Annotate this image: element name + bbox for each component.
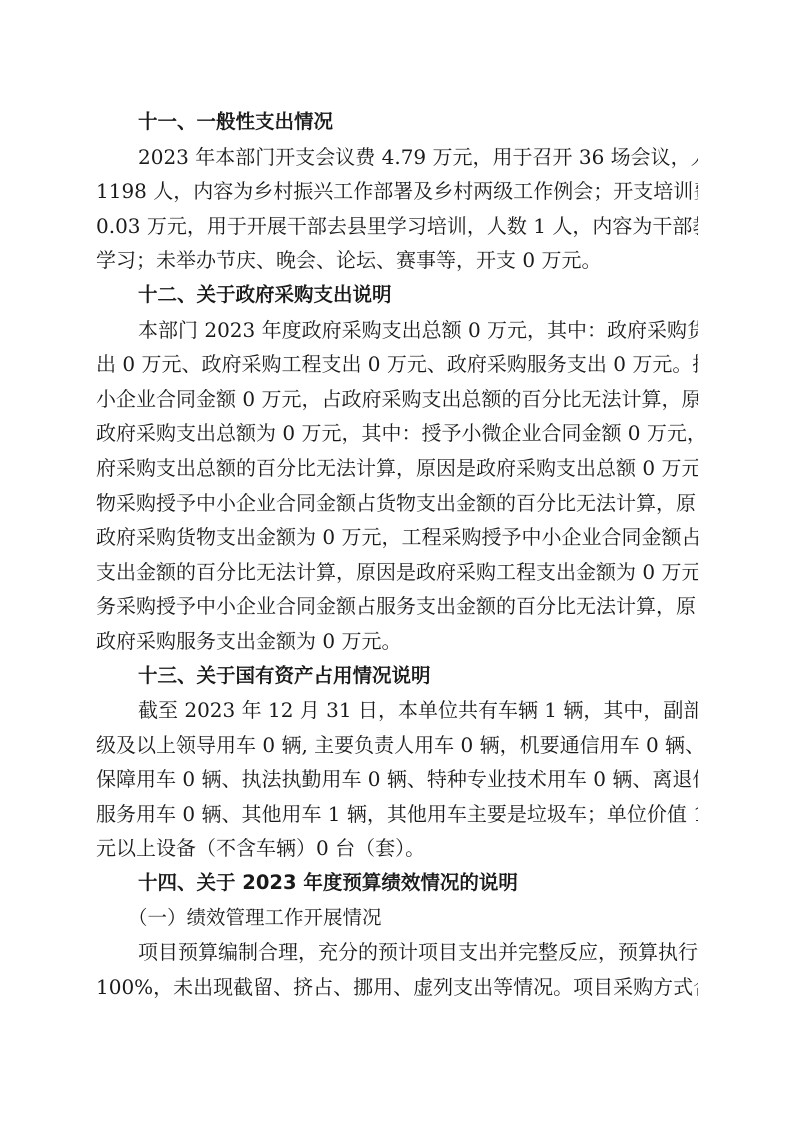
section-heading-budget-performance: 十四、关于 2023 年度预算绩效情况的说明 <box>96 866 698 901</box>
text-line: 元以上设备（不含车辆）0 台（套）。 <box>96 831 698 866</box>
text-line: 政府采购货物支出金额为 0 万元，工程采购授予中小企业合同金额占工程 <box>96 520 698 555</box>
paragraph-general-expenditure: 2023 年本部门开支会议费 4.79 万元，用于召开 36 场会议，人数 11… <box>96 140 698 278</box>
text-line: 0.03 万元，用于开展干部去县里学习培训，人数 1 人，内容为干部教育 <box>96 209 698 244</box>
paragraph-government-procurement: 本部门 2023 年度政府采购支出总额 0 万元，其中：政府采购货物支 出 0 … <box>96 313 698 659</box>
text-line: 出 0 万元、政府采购工程支出 0 万元、政府采购服务支出 0 万元。授予中 <box>96 347 698 382</box>
text-line: 政府采购支出总额为 0 万元，其中：授予小微企业合同金额 0 万元，占政 <box>96 416 698 451</box>
text-line: 截至 2023 年 12 月 31 日，本单位共有车辆 1 辆，其中，副部（省） <box>96 693 698 728</box>
text-line: 本部门 2023 年度政府采购支出总额 0 万元，其中：政府采购货物支 <box>96 313 698 348</box>
text-line: 2023 年本部门开支会议费 4.79 万元，用于召开 36 场会议，人数 <box>96 140 698 175</box>
text-line: 项目预算编制合理，充分的预计项目支出并完整反应，预算执行率达 <box>96 935 698 970</box>
text-line: 府采购支出总额的百分比无法计算，原因是政府采购支出总额 0 万元；货 <box>96 451 698 486</box>
text-line: 100%，未出现截留、挤占、挪用、虚列支出等情况。项目采购方式合规、 <box>96 970 698 1005</box>
text-line: 物采购授予中小企业合同金额占货物支出金额的百分比无法计算，原因是 <box>96 486 698 521</box>
text-line: 务采购授予中小企业合同金额占服务支出金额的百分比无法计算，原因是 <box>96 589 698 624</box>
section-heading-state-assets: 十三、关于国有资产占用情况说明 <box>96 659 698 694</box>
paragraph-performance-management: 项目预算编制合理，充分的预计项目支出并完整反应，预算执行率达 100%，未出现截… <box>96 935 698 1004</box>
document-page: 十一、一般性支出情况 2023 年本部门开支会议费 4.79 万元，用于召开 3… <box>96 105 698 1004</box>
text-line: 1198 人，内容为乡村振兴工作部署及乡村两级工作例会；开支培训费 <box>96 174 698 209</box>
text-line: 小企业合同金额 0 万元，占政府采购支出总额的百分比无法计算，原因是 <box>96 382 698 417</box>
text-line: 保障用车 0 辆、执法执勤用车 0 辆、特种专业技术用车 0 辆、离退休干部 <box>96 762 698 797</box>
text-line: 支出金额的百分比无法计算，原因是政府采购工程支出金额为 0 万元，服 <box>96 555 698 590</box>
paragraph-state-assets: 截至 2023 年 12 月 31 日，本单位共有车辆 1 辆，其中，副部（省）… <box>96 693 698 866</box>
text-line: 政府采购服务支出金额为 0 万元。 <box>96 624 698 659</box>
text-line: 学习；未举办节庆、晚会、论坛、赛事等，开支 0 万元。 <box>96 243 698 278</box>
text-line: 级及以上领导用车 0 辆, 主要负责人用车 0 辆，机要通信用车 0 辆、应急 <box>96 728 698 763</box>
text-line: 服务用车 0 辆、其他用车 1 辆，其他用车主要是垃圾车；单位价值 100 万 <box>96 797 698 832</box>
subheading-performance-management: （一）绩效管理工作开展情况 <box>96 901 698 936</box>
section-heading-government-procurement: 十二、关于政府采购支出说明 <box>96 278 698 313</box>
section-heading-general-expenditure: 十一、一般性支出情况 <box>96 105 698 140</box>
